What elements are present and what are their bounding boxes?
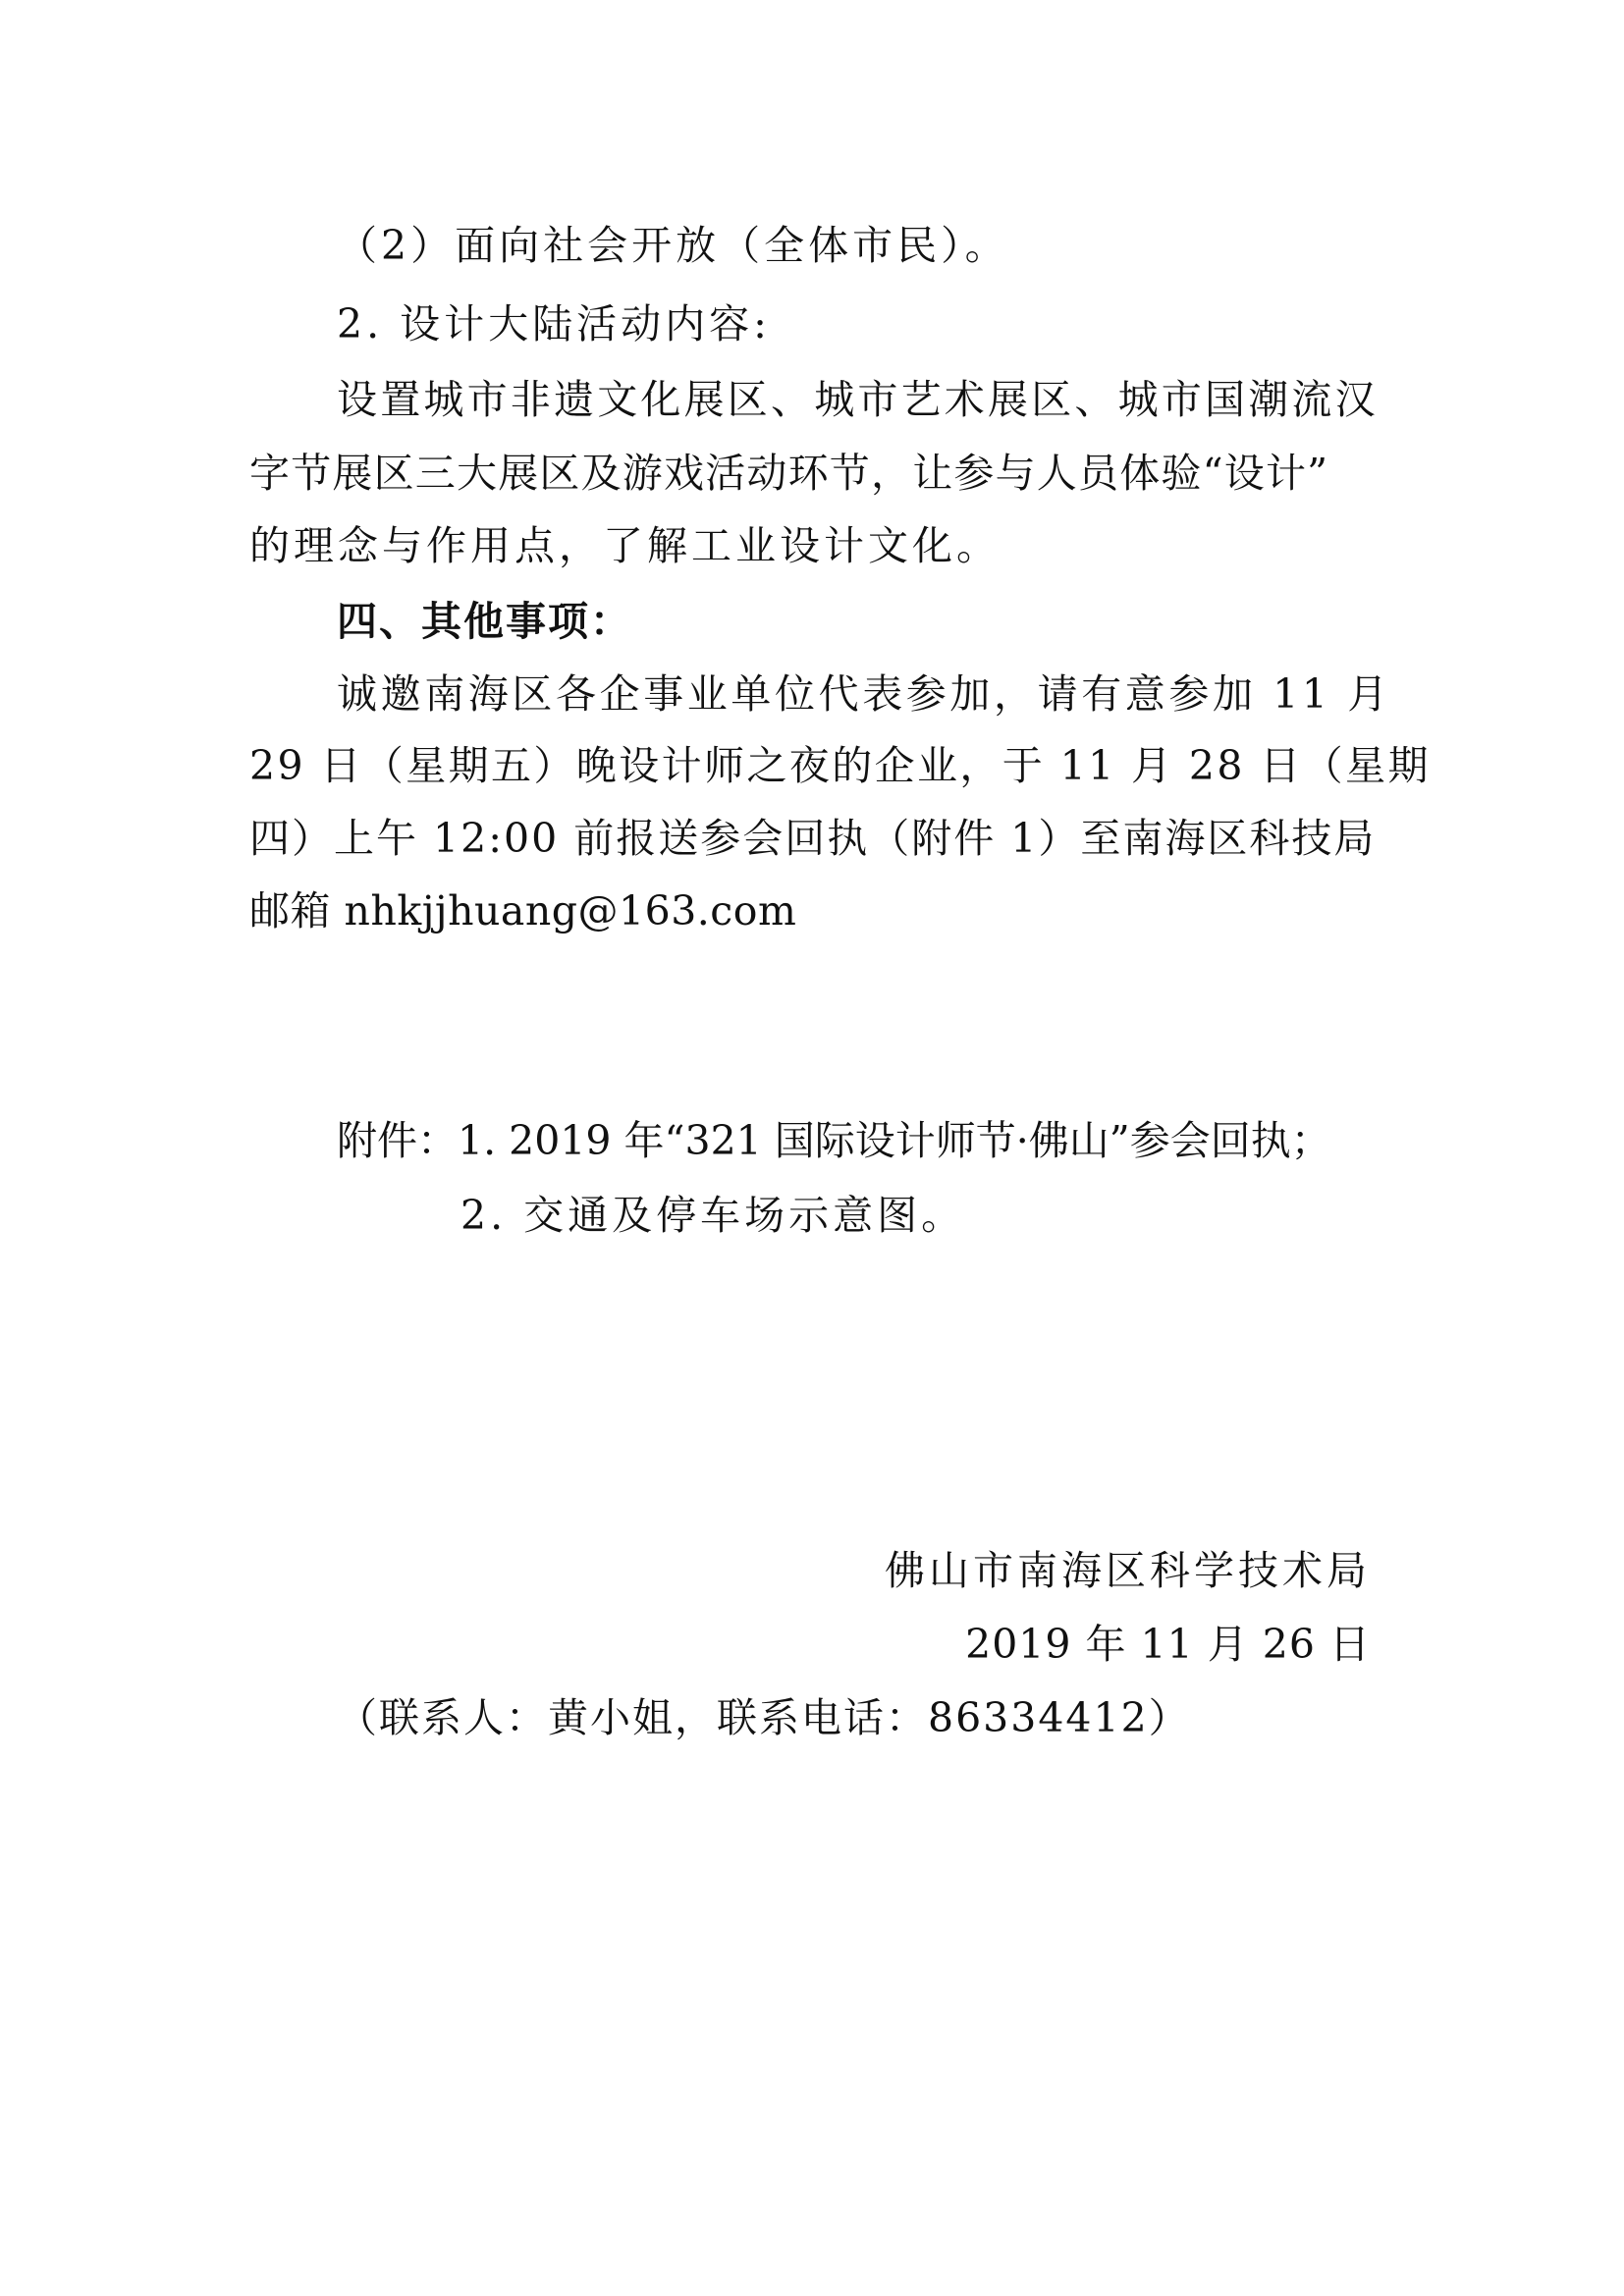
- section-4-title: 四、其他事项：: [337, 594, 632, 649]
- item-public-open: （2）面向社会开放（全体市民）。: [337, 218, 1009, 273]
- section-4-body-line-1: 诚邀南海区各企事业单位代表参加，请有意参加 11 月: [337, 667, 1391, 721]
- attachments-label: 附件：: [337, 1117, 458, 1164]
- signature-date: 2019 年 11 月 26 日: [965, 1617, 1371, 1672]
- section-2-title: 2. 设计大陆活动内容:: [337, 296, 771, 351]
- section-4-body-line-2: 29 日（星期五）晚设计师之夜的企业，于 11 月 28 日（星期: [249, 738, 1431, 793]
- contact-email: 邮箱 nhkjjhuang@163.com: [249, 883, 796, 938]
- section-2-body-line-2: 字节展区三大展区及游戏活动环节，让参与人员体验“设计”: [249, 446, 1380, 501]
- section-2-body-line-1: 设置城市非遗文化展区、城市艺术展区、城市国潮流汉: [337, 372, 1380, 427]
- attachment-item-2: 2. 交通及停车场示意图。: [460, 1188, 965, 1243]
- section-2-body-line-3: 的理念与作用点，了解工业设计文化。: [249, 518, 1001, 573]
- attachments-block: 附件：1. 2019 年“321 国际设计师节·佛山”参会回执；: [337, 1113, 1331, 1168]
- signature-organization: 佛山市南海区科学技术局: [885, 1543, 1371, 1598]
- contact-info: （联系人：黄小姐，联系电话：86334412）: [337, 1690, 1191, 1745]
- section-4-body-line-3: 四）上午 12:00 前报送参会回执（附件 1）至南海区科技局: [249, 811, 1376, 866]
- attachment-item-1: 1. 2019 年“321 国际设计师节·佛山”参会回执；: [458, 1117, 1331, 1164]
- document-page: （2）面向社会开放（全体市民）。 2. 设计大陆活动内容: 设置城市非遗文化展区…: [0, 0, 1624, 2296]
